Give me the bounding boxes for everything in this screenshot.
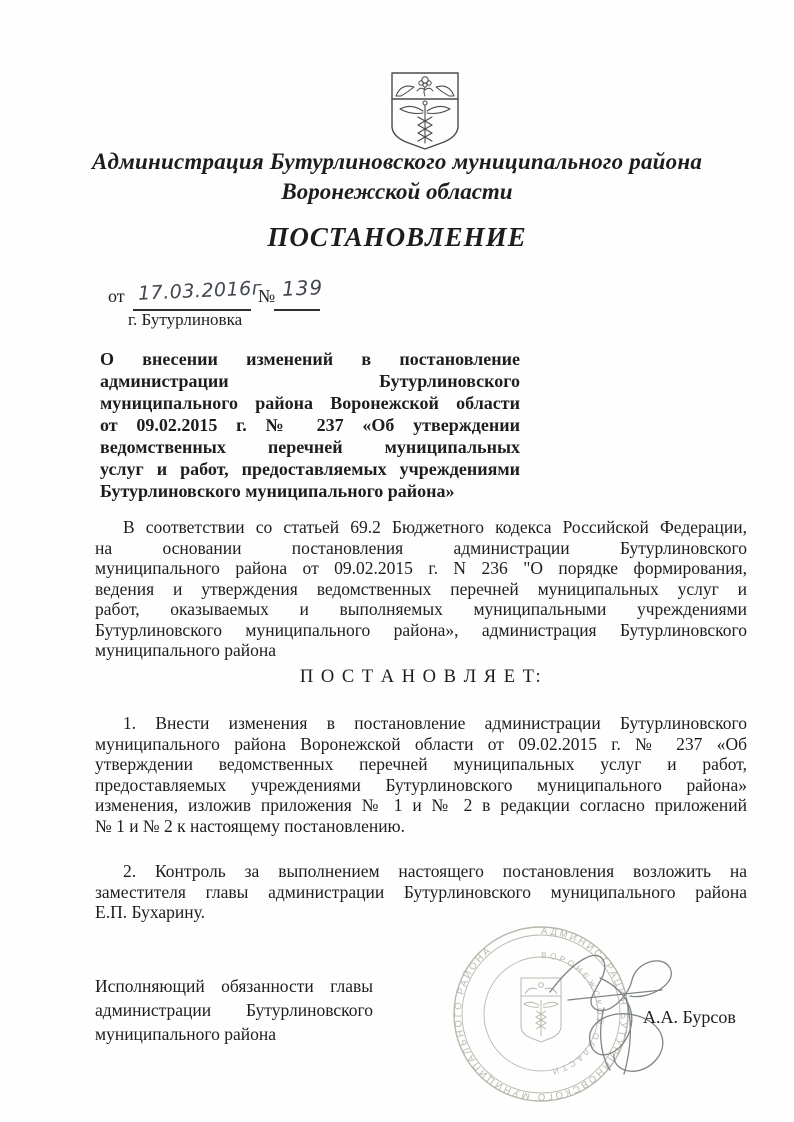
body-line: работ, оказываемых и выполняемых муницип…	[95, 599, 747, 620]
body-line: 2. Контроль за выполнением настоящего по…	[95, 861, 747, 882]
subject-line: муниципального района Воронежской област…	[100, 392, 520, 414]
subject-line: ведомственных перечней муниципальных	[100, 436, 520, 458]
decree-subject: О внесении изменений в постановление адм…	[100, 348, 520, 502]
subject-line: Бутурлиновского муниципального района»	[100, 480, 520, 502]
doc-type-title: ПОСТАНОВЛЕНИЕ	[0, 222, 794, 253]
body-line: ведения и утверждения ведомственных пере…	[95, 579, 747, 600]
scanned-decree-page: Администрация Бутурлиновского муниципаль…	[0, 0, 794, 1122]
date-prefix-label: от	[108, 286, 125, 307]
body-line: муниципального района	[95, 640, 747, 661]
coat-of-arms-icon	[387, 70, 463, 152]
body-line: на основании постановления администрации…	[95, 538, 747, 559]
body-line: муниципального района Воронежской област…	[95, 734, 747, 755]
body-line: В соответствии со статьей 69.2 Бюджетног…	[95, 517, 747, 538]
signer-position-line: Исполняющий обязанности главы	[95, 974, 373, 998]
subject-line: услуг и работ, предоставляемых учреждени…	[100, 458, 520, 480]
subject-line: от 09.02.2015 г. № 237 «Об утверждении	[100, 414, 520, 436]
body-line: Е.П. Бухарину.	[95, 902, 747, 923]
item-2-paragraph: 2. Контроль за выполнением настоящего по…	[95, 861, 747, 923]
subject-line: О внесении изменений в постановление	[100, 348, 520, 370]
number-label: №	[258, 286, 275, 307]
body-line: 1. Внести изменения в постановление адми…	[95, 713, 747, 734]
item-1-paragraph: 1. Внести изменения в постановление адми…	[95, 713, 747, 836]
body-line: изменения, изложив приложения № 1 и № 2 …	[95, 795, 747, 816]
signer-name: А.А. Бурсов	[643, 1007, 736, 1028]
body-line: утверждении ведомственных перечней муниц…	[95, 754, 747, 775]
body-line: № 1 и № 2 к настоящему постановлению.	[95, 816, 747, 837]
org-name-line2: Воронежской области	[0, 179, 794, 205]
resolution-keyword: П О С Т А Н О В Л Я Е Т:	[95, 667, 747, 688]
place-line: г. Бутурлиновка	[128, 310, 242, 330]
signer-position-line: администрации Бутурлиновского	[95, 998, 373, 1022]
org-name-line1: Администрация Бутурлиновского муниципаль…	[0, 149, 794, 175]
body-line: Бутурлиновского муниципального района», …	[95, 620, 747, 641]
subject-line: администрации Бутурлиновского	[100, 370, 520, 392]
body-line: муниципального района от 09.02.2015 г. N…	[95, 558, 747, 579]
signer-position-line: муниципального района	[95, 1022, 373, 1046]
body-line: предоставляемых учреждениями Бутурлиновс…	[95, 775, 747, 796]
body-line: заместителя главы администрации Бутурлин…	[95, 882, 747, 903]
intro-paragraph: В соответствии со статьей 69.2 Бюджетног…	[95, 517, 747, 661]
signer-position: Исполняющий обязанности главы администра…	[95, 974, 373, 1046]
number-handwritten-value: 139	[281, 275, 323, 301]
